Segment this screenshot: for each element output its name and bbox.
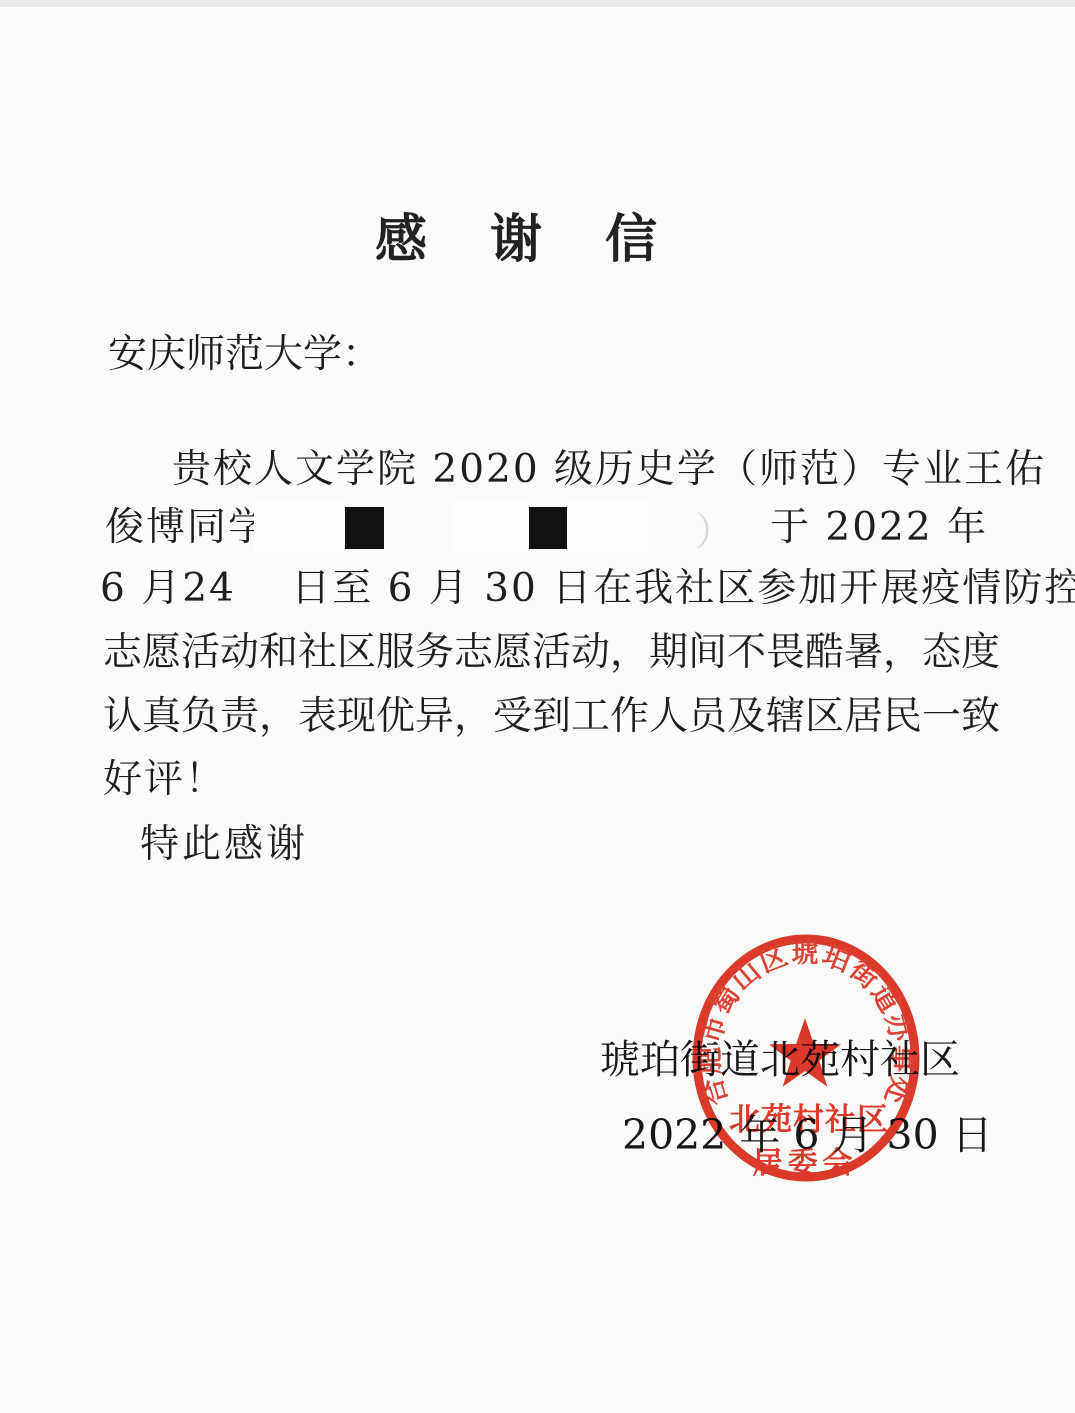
body-line-2-suffix: 于 2022 年 (770, 505, 988, 552)
redaction-erased-area (567, 501, 647, 553)
redaction-box (529, 507, 568, 549)
body-line-2-prefix: 俊博同学 (105, 505, 269, 552)
page-title: 感谢信 (375, 210, 720, 270)
body-line-4: 志愿活动和社区服务志愿活动，期间不畏酷暑，态度 (103, 630, 1000, 677)
scan-edge-artifact (0, 0, 1075, 7)
body-line-3: 6 月24 日至 6 月 30 日在我社区参加开展疫情防控 (100, 566, 1075, 613)
redaction-erased-area (453, 501, 531, 553)
faint-print-artifact: ） (695, 510, 734, 557)
letter-page: 感谢信 安庆师范大学： 贵校人文学院 2020 级历史学（师范）专业王佑 俊博同… (0, 0, 1075, 1413)
redaction-erased-area (254, 501, 348, 553)
body-line-6: 好评！ (103, 757, 226, 804)
closing-line: 特此感谢 (140, 822, 308, 869)
redaction-box (345, 507, 384, 549)
salutation-line: 安庆师范大学： (108, 332, 381, 379)
signature-date: 2022 年 6 月 30 日 (622, 1102, 993, 1161)
body-line-5: 认真负责，表现优异，受到工作人员及辖区居民一致 (103, 694, 1000, 741)
body-line-1: 贵校人文学院 2020 级历史学（师范）专业王佑 (172, 447, 1046, 494)
signature-organization: 琥珀街道北苑村社区 (600, 1028, 960, 1085)
